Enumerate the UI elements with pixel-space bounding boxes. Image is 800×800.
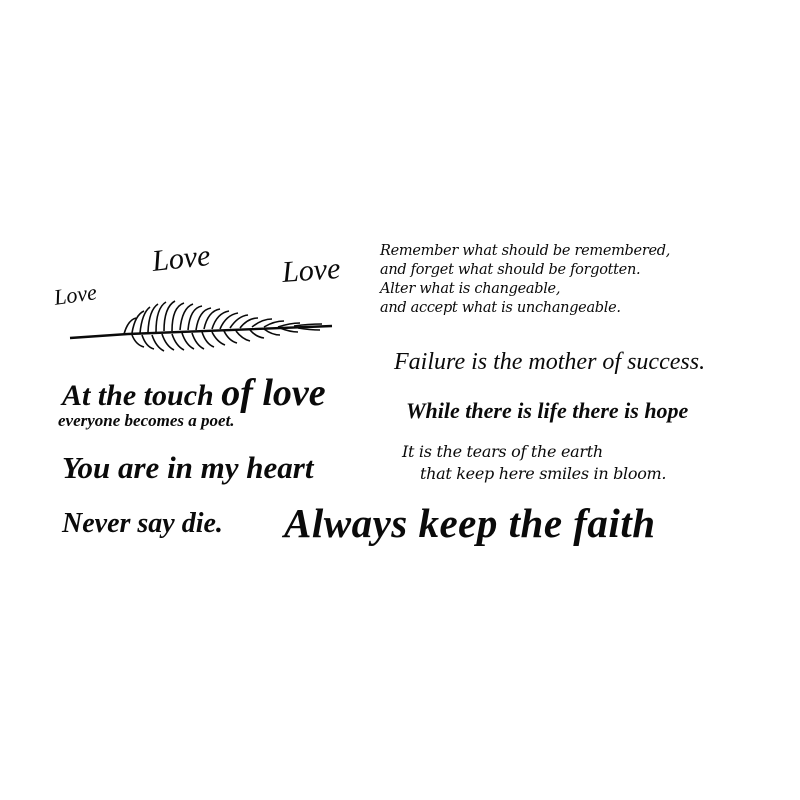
quote-remember-line: Remember what should be remembered, (380, 242, 670, 261)
quote-touch-part-a: At the touch (62, 379, 221, 412)
quote-tears-line: that keep here smiles in bloom. (402, 463, 666, 485)
quote-failure: Failure is the mother of success. (394, 350, 705, 374)
quote-everyone-poet: everyone becomes a poet. (58, 412, 235, 429)
quote-remember-line: Alter what is changeable, (380, 280, 670, 299)
quote-keep-the-faith: Always keep the faith (284, 503, 656, 544)
quote-while-life: While there is life there is hope (406, 400, 688, 422)
quote-remember-block: Remember what should be remembered, and … (380, 242, 670, 318)
quote-remember-line: and accept what is unchangeable. (380, 299, 670, 318)
love-word-3: Love (281, 254, 341, 288)
quote-in-my-heart: You are in my heart (62, 452, 313, 483)
quote-tears-line: It is the tears of the earth (402, 441, 666, 463)
quote-touch-part-b: of love (221, 372, 325, 414)
quote-remember-line: and forget what should be forgotten. (380, 261, 670, 280)
quote-never-say-die: Never say die. (62, 510, 223, 538)
quote-touch-of-love: At the touch of love (62, 374, 326, 412)
feather-icon (68, 298, 340, 354)
quote-tears-block: It is the tears of the earth that keep h… (402, 441, 666, 485)
love-word-2: Love (151, 241, 212, 277)
